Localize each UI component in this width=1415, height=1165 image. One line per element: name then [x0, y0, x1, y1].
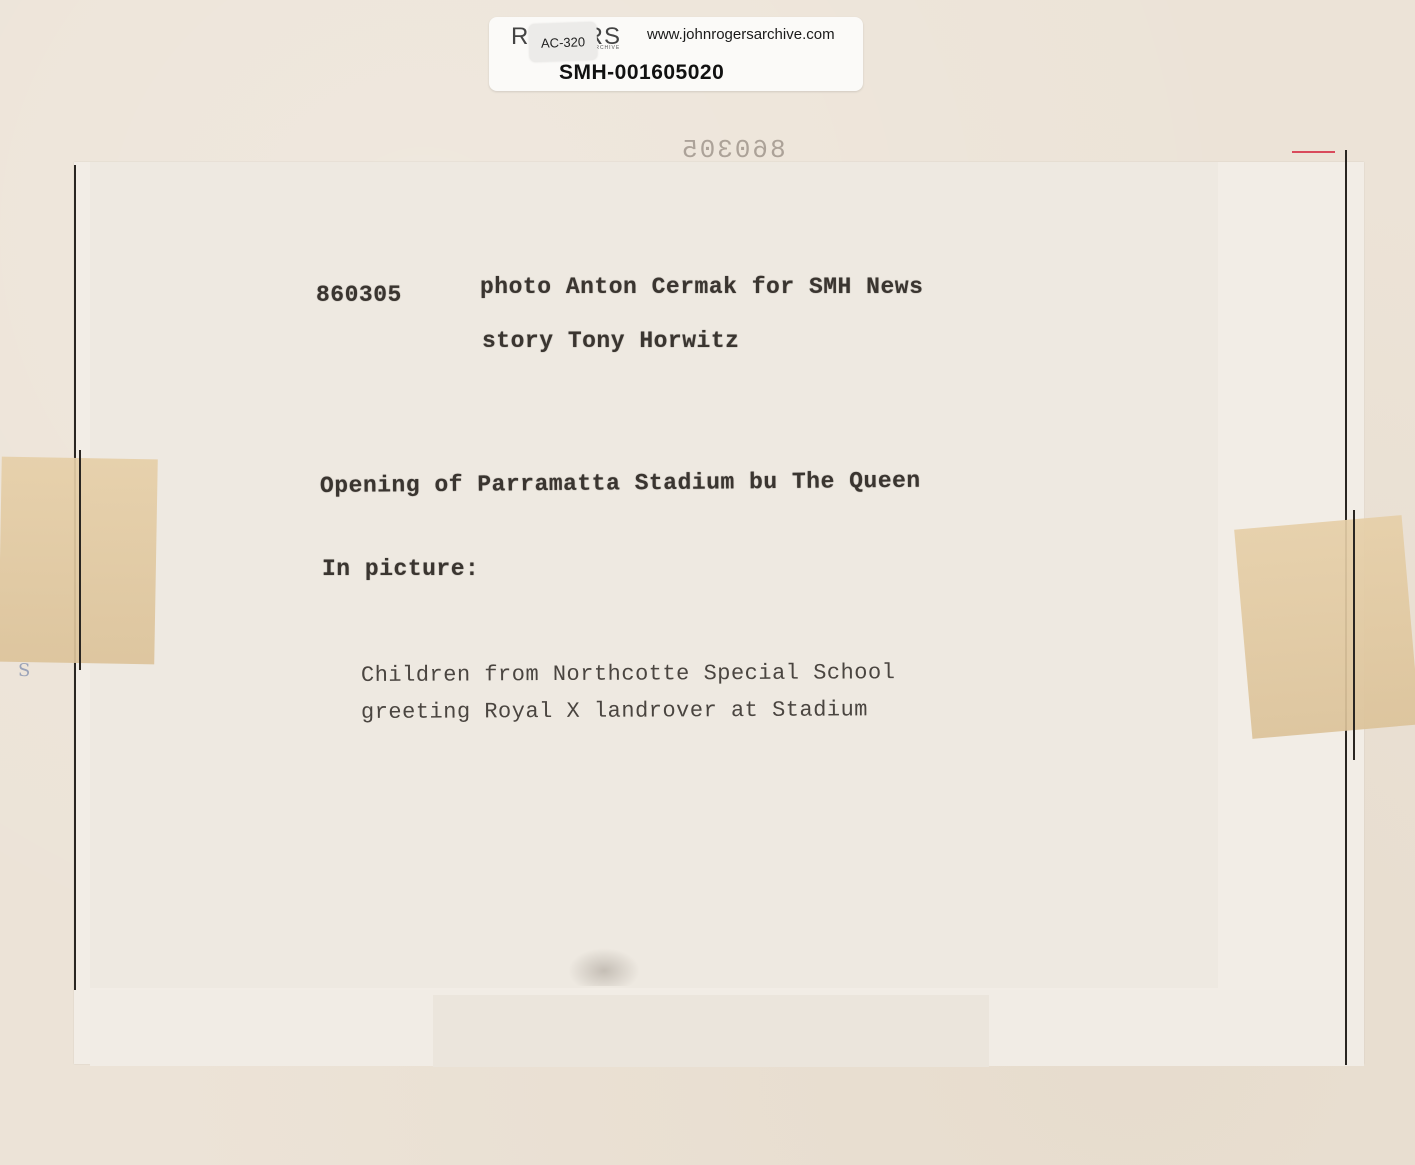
paper-lower-patch [433, 995, 989, 1067]
photo-edge-under-tape-left [79, 450, 81, 670]
archive-label: ROGERS ARCHIVE AC-320 www.johnrogersarch… [489, 17, 863, 91]
in-picture-label: In picture: [322, 556, 479, 582]
tape-right [1234, 515, 1415, 739]
story-credit: story Tony Horwitz [482, 328, 739, 354]
red-marker-line [1292, 151, 1335, 153]
caption-line-2: greeting Royal X landrover at Stadium [361, 697, 868, 725]
catalog-sticker: AC-320 [528, 22, 597, 62]
note-title: Opening of Parramatta Stadium bu The Que… [320, 468, 921, 499]
bleed-through-number: 860305 [680, 135, 786, 165]
caption-line-1: Children from Northcotte Special School [361, 660, 896, 688]
photo-credit: photo Anton Cermak for SMH News [480, 274, 923, 300]
ink-smudge [568, 948, 640, 986]
photo-edge-under-tape-right [1353, 510, 1355, 760]
archive-website: www.johnrogersarchive.com [647, 26, 835, 43]
pencil-mark: S [18, 660, 30, 681]
archive-id: SMH-001605020 [559, 61, 724, 85]
reference-number: 860305 [316, 282, 402, 308]
